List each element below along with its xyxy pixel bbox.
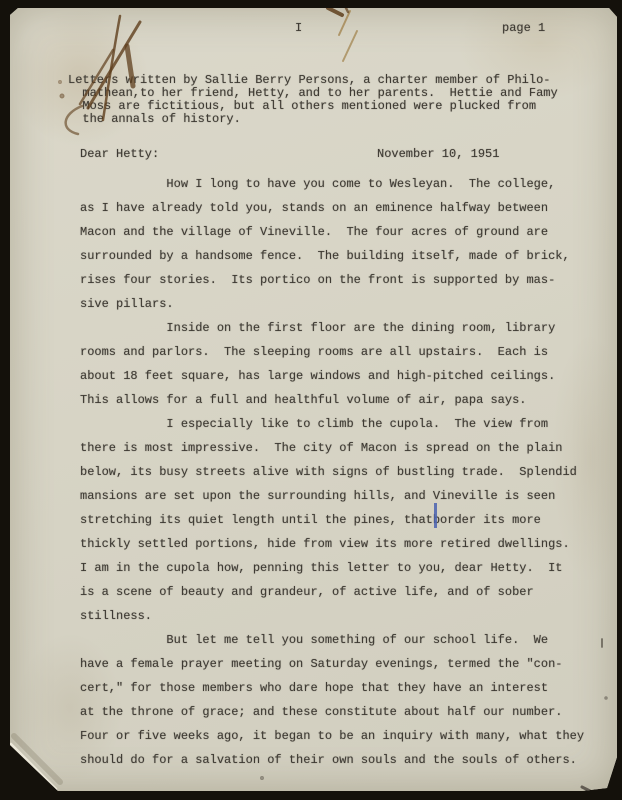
ink-dot (61, 95, 64, 98)
ink-scribble-hook (66, 106, 82, 134)
bottom-edge-speck (582, 787, 590, 791)
scanned-letter-screenshot: { "colors": { "background": "#14110b", "… (0, 0, 622, 800)
fold-crease-shadow (14, 736, 60, 782)
top-edge-ink-blob (346, 8, 348, 12)
ink-scribble-stroke (103, 16, 120, 120)
top-edge-ink-blob (328, 8, 342, 15)
slash-mark (343, 31, 357, 61)
ink-marks-overlay (10, 8, 617, 791)
fold-crease-highlight (11, 744, 56, 789)
letter-page: I page 1 Letters written by Sallie Berry… (10, 8, 617, 791)
paper-speck (605, 697, 607, 699)
ink-scribble-stroke (127, 46, 133, 86)
ink-dot (59, 81, 61, 83)
paper-speck (261, 777, 263, 779)
